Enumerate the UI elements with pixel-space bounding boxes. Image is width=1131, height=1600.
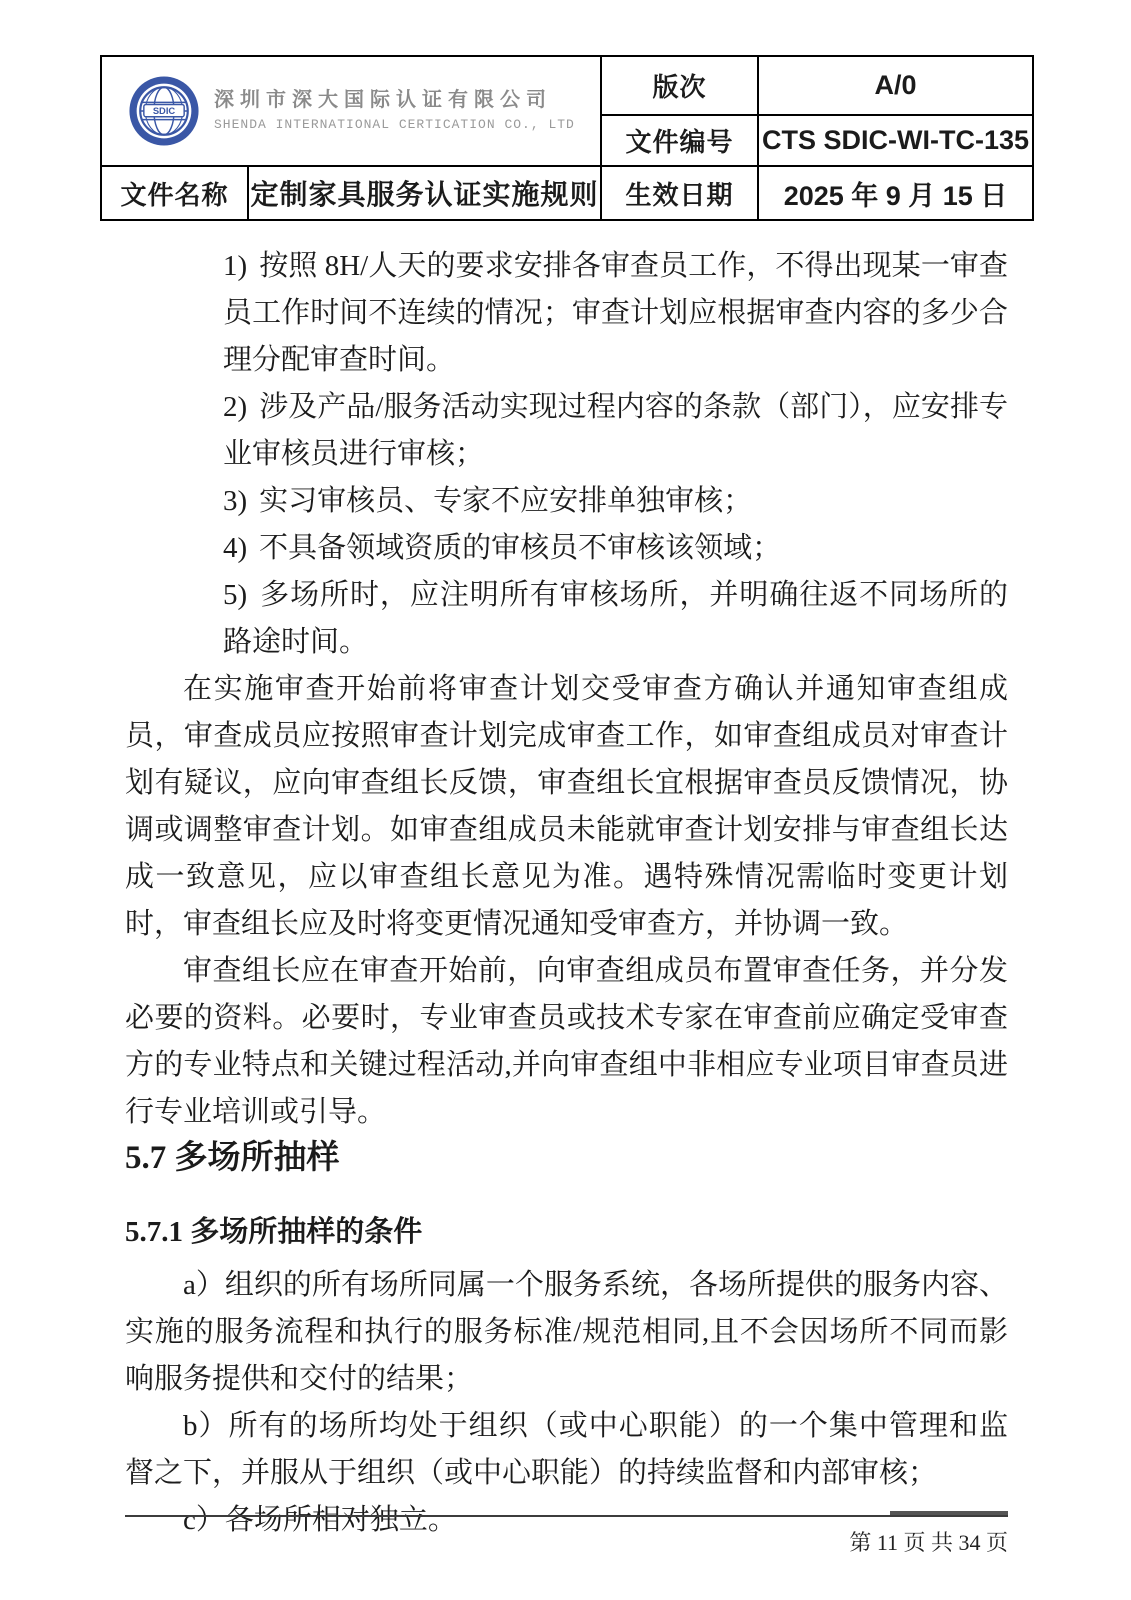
list-item: 5)多场所时，应注明所有审核场所，并明确往返不同场所的路途时间。 [125,572,1008,666]
list-item-text: 按照 8H/人天的要求安排各审查员工作，不得出现某一审查员工作时间不连续的情况；… [223,250,1008,376]
footer-divider [125,1515,1008,1517]
body-paragraph: 审查组长应在审查开始前，向审查组成员布置审查任务，并分发必要的资料。必要时，专业… [125,948,1008,1136]
header-table: SDIC 深圳市深大国际认证有限公司 SHENDA INTERNATIONAL … [100,55,1034,221]
page-number: 第 11 页 共 34 页 [125,1526,1008,1557]
list-item-marker: 3) [223,485,247,517]
company-name-block: 深圳市深大国际认证有限公司 SHENDA INTERNATIONAL CERTI… [214,87,575,135]
effective-date-value: 2025 年 9 月 15 日 [759,167,1032,219]
list-item-marker: 4) [223,532,247,564]
list-item: 1)按照 8H/人天的要求安排各审查员工作，不得出现某一审查员工作时间不连续的情… [125,243,1008,384]
version-label: 版次 [602,57,757,114]
doc-number-value: CTS SDIC-WI-TC-135 [759,116,1032,165]
list-item: 4)不具备领域资质的审核员不审核该领域； [125,525,1008,572]
version-value: A/0 [759,57,1032,114]
page-footer: 第 11 页 共 34 页 [125,1515,1008,1557]
list-item-text: 多场所时，应注明所有审核场所，并明确往返不同场所的路途时间。 [223,579,1008,658]
company-logo-icon: SDIC [128,75,200,147]
list-item-text: 涉及产品/服务活动实现过程内容的条款（部门），应安排专业审核员进行审核； [223,391,1008,470]
effective-date-label: 生效日期 [602,167,757,219]
subsection-heading: 5.7.1 多场所抽样的条件 [125,1212,1008,1252]
list-item: 3)实习审核员、专家不应安排单独审核； [125,478,1008,525]
svg-text:SDIC: SDIC [153,106,176,116]
list-item: 2)涉及产品/服务活动实现过程内容的条款（部门），应安排专业审核员进行审核； [125,384,1008,478]
body-paragraph: 在实施审查开始前将审查计划交受审查方确认并通知审查组成员，审查成员应按照审查计划… [125,666,1008,948]
footer-divider-accent [890,1511,1008,1515]
list-item-text: 不具备领域资质的审核员不审核该领域； [259,532,781,564]
company-name-en: SHENDA INTERNATIONAL CERTICATION CO., LT… [214,115,575,135]
list-item-marker: 2) [223,391,247,423]
list-item-text: 实习审核员、专家不应安排单独审核； [259,485,752,517]
section-heading: 5.7 多场所抽样 [125,1136,1008,1180]
condition-item: a）组织的所有场所同属一个服务系统，各场所提供的服务内容、实施的服务流程和执行的… [125,1262,1008,1403]
company-name-cn: 深圳市深大国际认证有限公司 [214,87,575,113]
condition-item: b）所有的场所均处于组织（或中心职能）的一个集中管理和监督之下，并服从于组织（或… [125,1403,1008,1497]
document-page: SDIC 深圳市深大国际认证有限公司 SHENDA INTERNATIONAL … [0,0,1131,1600]
doc-number-label: 文件编号 [602,116,757,165]
list-item-marker: 1) [223,250,247,282]
list-item-marker: 5) [223,579,247,611]
doc-name-value: 定制家具服务认证实施规则 [249,167,600,219]
document-body: 1)按照 8H/人天的要求安排各审查员工作，不得出现某一审查员工作时间不连续的情… [125,243,1008,1544]
doc-name-label: 文件名称 [102,167,247,219]
header-logo-cell: SDIC 深圳市深大国际认证有限公司 SHENDA INTERNATIONAL … [102,57,600,165]
